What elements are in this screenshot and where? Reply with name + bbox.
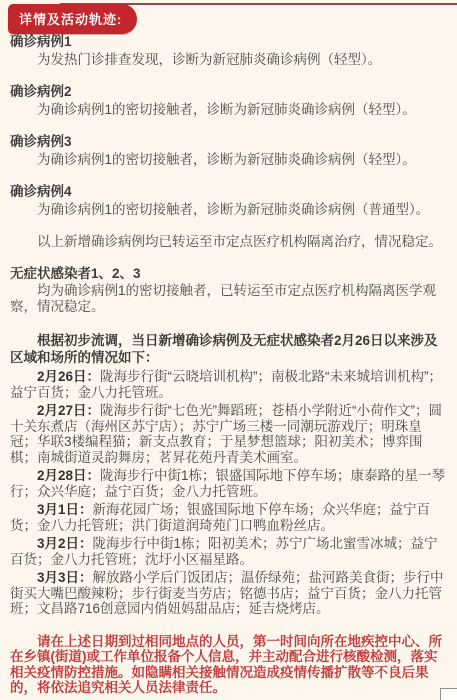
asymptomatic-description: 均为确诊病例1的密切接触者，已转运至市定点医疗机构隔离医学观察，情况稳定。: [10, 283, 447, 315]
case-description: 为确诊病例1的密切接触者，诊断为新冠肺炎确诊病例（轻型）。: [10, 151, 447, 168]
case-title: 确诊病例1: [10, 33, 447, 50]
timeline-date: 2月28日：: [37, 468, 100, 483]
timeline-date: 2月26日：: [37, 369, 100, 384]
timeline-date: 2月27日：: [37, 403, 100, 418]
notice-body: 确诊病例1 为发热门诊排查发现，诊断为新冠肺炎确诊病例（轻型）。 确诊病例2 为…: [10, 33, 447, 696]
timeline-entry: 3月2日：陇海步行中街1栋；阳初美术；苏宁广场北蜜雪冰城；益宁百货；金八力托管班…: [10, 536, 447, 567]
timeline-entry: 2月26日：陇海步行街“云晓培训机构”；南极北路“未来城培训机构”；益宁百货；金…: [10, 369, 447, 400]
case-title: 确诊病例3: [10, 133, 447, 150]
asymptomatic-block: 无症状感染者1、2、3 均为确诊病例1的密切接触者，已转运至市定点医疗机构隔离医…: [10, 265, 447, 315]
trace-intro: 根据初步流调，当日新增确诊病例及无症状感染者2月26日以来涉及区域和场所的情况如…: [10, 333, 447, 366]
section-title-badge: 详情及活动轨迹:: [8, 4, 137, 34]
case-block-1: 确诊病例1 为发热门诊排查发现，诊断为新冠肺炎确诊病例（轻型）。: [10, 33, 447, 68]
case-description: 为确诊病例1的密切接触者，诊断为新冠肺炎确诊病例（轻型）。: [10, 101, 447, 118]
case-block-4: 确诊病例4 为确诊病例1的密切接触者，诊断为新冠肺炎确诊病例（普通型）。: [10, 183, 447, 218]
timeline-date: 3月3日：: [37, 570, 93, 585]
timeline-entry: 3月3日：解放路小学后门饭团店；温侨绿苑；盐河路美食街；步行中街买大嘴巴酸辣粉；…: [10, 570, 447, 617]
case-description: 为发热门诊排查发现，诊断为新冠肺炎确诊病例（轻型）。: [10, 51, 447, 68]
timeline-entry: 2月27日：陇海步行街“七色光”舞蹈班；苍梧小学附近“小荷作文”；圆十关东煮店（…: [10, 403, 447, 465]
warning-text: 请在上述日期到过相同地点的人员，第一时间向所在地疾控中心、所在乡镇(街道)或工作…: [10, 634, 447, 696]
timeline-entry: 3月1日：新海花园广场；银盛国际地下停车场；众兴华庭；益宁百货；金八力托管班；洪…: [10, 502, 447, 533]
case-block-3: 确诊病例3 为确诊病例1的密切接触者，诊断为新冠肺炎确诊病例（轻型）。: [10, 133, 447, 168]
case-block-2: 确诊病例2 为确诊病例1的密切接触者，诊断为新冠肺炎确诊病例（轻型）。: [10, 83, 447, 118]
case-description: 为确诊病例1的密切接触者，诊断为新冠肺炎确诊病例（普通型）。: [10, 201, 447, 218]
corner-fragment: [440, 688, 457, 700]
timeline-entry: 2月28日：陇海步行中街1栋；银盛国际地下停车场；康泰路的星一琴行；众兴华庭；益…: [10, 468, 447, 499]
timeline-date: 3月2日：: [37, 536, 93, 551]
case-title: 确诊病例4: [10, 183, 447, 200]
case-title: 确诊病例2: [10, 83, 447, 100]
timeline-date: 3月1日：: [37, 502, 93, 517]
transfer-note: 以上新增确诊病例均已转运至市定点医疗机构隔离治疗，情况稳定。: [10, 233, 447, 250]
asymptomatic-title: 无症状感染者1、2、3: [10, 265, 447, 282]
